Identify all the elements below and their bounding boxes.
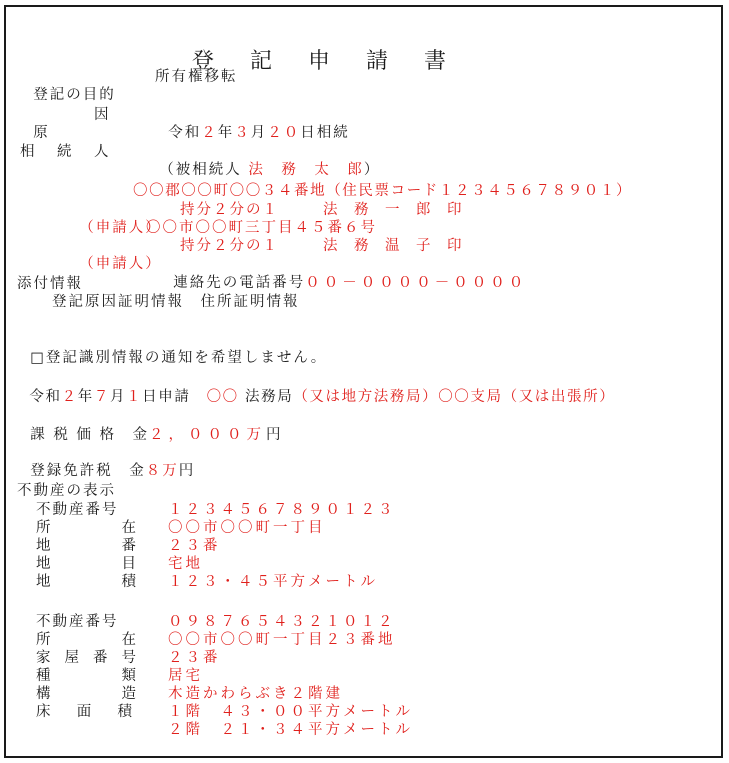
label-char: 番: [93, 649, 108, 667]
tax-base-amount: ２，０００万: [149, 427, 266, 443]
tax-base-prefix: 金: [133, 427, 150, 443]
applicant-2-name: 法 務 温 子 印: [323, 237, 463, 255]
label-char: 在: [122, 519, 137, 537]
land-label: 地積: [36, 573, 136, 591]
application-part: （又は地方法務局）〇〇支局（又は出張所）: [293, 389, 615, 405]
registration-tax-label: 登録免許税: [30, 463, 113, 479]
cause-label-char-2: 因: [94, 106, 111, 124]
title-char: 請: [366, 46, 424, 78]
land-row-area: 地積 １２３・４５平方メートル: [36, 573, 45, 591]
tax-base-label: 課 税 価 格: [30, 427, 116, 443]
application-part: ７: [94, 389, 110, 405]
label-char: 番: [122, 537, 137, 555]
applicant-2-address: 〇〇市〇〇町三丁目４５番６号: [146, 219, 377, 237]
cause-part: ２: [201, 125, 218, 141]
application-part: ２: [62, 389, 78, 405]
tax-base-row: 課 税 価 格 金２，０００万円: [17, 408, 283, 444]
cause-part: 日相続: [300, 125, 350, 141]
contact-phone: ００－００００－００００: [305, 275, 527, 291]
checkbox-icon[interactable]: □: [30, 350, 46, 366]
applicant-2-role: （申請人）: [79, 256, 162, 272]
label-char: 積: [122, 573, 137, 591]
label-char: 地: [36, 555, 51, 573]
land-value: ２３番: [168, 537, 221, 555]
building-row-location: 所在 〇〇市〇〇町一丁目２３番地: [36, 631, 45, 649]
application-part: 日申請: [142, 389, 206, 405]
land-label: 地目: [36, 555, 136, 573]
applicant-1-address: 〇〇郡〇〇町〇〇３４番地（住民票コード１２３４５６７８９０１）: [133, 182, 632, 200]
label-char: 屋: [65, 649, 80, 667]
label-char: 類: [122, 667, 137, 685]
cause-part: ３: [234, 125, 251, 141]
land-value: １２３・４５平方メートル: [168, 573, 378, 591]
applicant-1-name: 法 務 一 郎 印: [323, 201, 463, 219]
decedent-suffix: ）: [364, 162, 381, 178]
building-label: 不動産番号: [36, 613, 136, 631]
heir-label-char: 続: [57, 143, 74, 161]
contact-row: 連絡先の電話番号００－００００－００００: [160, 256, 527, 292]
label-char: 構: [36, 685, 51, 703]
title-char: 申: [308, 46, 366, 78]
contact-label: 連絡先の電話番号: [173, 275, 305, 291]
label-char: 所: [36, 631, 51, 649]
label-char: 所: [36, 519, 51, 537]
building-value: 木造かわらぶき２階建: [168, 685, 343, 703]
building-row-property-number: 不動産番号 ０９８７６５４３２１０１２: [36, 613, 45, 631]
registration-tax-suffix: 円: [179, 463, 196, 479]
label-char: 面: [77, 703, 92, 721]
attachments-label: 添付情報: [17, 275, 83, 293]
label-text: 不動産番号: [36, 501, 119, 519]
registration-tax-row: 登録免許税 金８万円: [17, 444, 195, 480]
building-value: 〇〇市〇〇町一丁目２３番地: [168, 631, 396, 649]
registration-tax-prefix: 金: [129, 463, 146, 479]
applicant-2-share: 持分２分の１: [180, 237, 279, 255]
land-label: 所在: [36, 519, 136, 537]
cause-part: 月: [251, 125, 268, 141]
building-value: 居宅: [168, 667, 203, 685]
building-row-house-number: 家屋番号 ２３番: [36, 649, 45, 667]
label-char: 号: [122, 649, 137, 667]
land-row-location: 所在 〇〇市〇〇町一丁目: [36, 519, 45, 537]
application-part: 月: [110, 389, 126, 405]
label-char: 地: [36, 573, 51, 591]
cause-part: 令和: [168, 125, 201, 141]
notice-option-text: 登記識別情報の通知を希望しません。: [46, 350, 327, 366]
label-char: 種: [36, 667, 51, 685]
land-label: 不動産番号: [36, 501, 136, 519]
building-row-floor-area: 床面積 １階 ４３・００平方メートル: [36, 703, 45, 721]
label-text: 不動産番号: [36, 613, 119, 631]
cause-part: ２０: [267, 125, 300, 141]
cause-value: 令和２年３月２０日相続: [155, 106, 350, 142]
land-row-property-number: 不動産番号 １２３４５６７８９０１２３: [36, 501, 45, 519]
land-value: 宅地: [168, 555, 203, 573]
title-char: 書: [424, 46, 482, 78]
application-part: 令和: [29, 389, 61, 405]
land-value: 〇〇市〇〇町一丁目: [168, 519, 326, 537]
decedent-name: 法 務 太 郎: [248, 162, 364, 178]
application-part: １: [126, 389, 142, 405]
purpose-label: 登記の目的: [33, 87, 116, 103]
building-row-floor-area-2: ２階 ２１・３４平方メートル: [36, 721, 45, 739]
registration-tax-amount: ８万: [146, 463, 179, 479]
label-char: 造: [122, 685, 137, 703]
land-row-lot-number: 地番 ２３番: [36, 537, 45, 555]
applicant-2-line: （申請人）: [66, 237, 162, 273]
label-char: 積: [118, 703, 133, 721]
heir-label-char: 人: [94, 143, 111, 161]
label-char: 目: [122, 555, 137, 573]
application-part: 年: [78, 389, 94, 405]
heir-value: （被相続人 法 務 太 郎）: [146, 143, 380, 179]
attachments-value: 登記原因証明情報 住所証明情報: [52, 293, 300, 311]
notice-option[interactable]: □登記識別情報の通知を希望しません。: [17, 331, 327, 367]
building-value: ２階 ２１・３４平方メートル: [168, 721, 413, 739]
land-row-category: 地目 宅地: [36, 555, 45, 573]
application-part: 法務局: [245, 389, 293, 405]
label-char: 在: [122, 631, 137, 649]
title-char: 記: [250, 46, 308, 78]
label-char: 地: [36, 537, 51, 555]
land-value: １２３４５６７８９０１２３: [168, 501, 396, 519]
heir-label-char: 相: [20, 143, 37, 161]
applicant-1-share: 持分２分の１: [180, 201, 279, 219]
application-part: 〇〇: [207, 389, 245, 405]
building-label: 所在: [36, 631, 136, 649]
land-label: 地番: [36, 537, 136, 555]
building-row-structure: 構造 木造かわらぶき２階建: [36, 685, 45, 703]
label-char: 床: [36, 703, 51, 721]
tax-base-suffix: 円: [266, 427, 283, 443]
building-value: ２３番: [168, 649, 221, 667]
decedent-prefix: （被相続人: [159, 162, 242, 178]
purpose-row: 登記の目的: [20, 68, 116, 104]
building-label: 種類: [36, 667, 136, 685]
cause-label: 原: [20, 106, 50, 142]
property-heading: 不動産の表示: [17, 482, 116, 500]
building-value: ０９８７６５４３２１０１２: [168, 613, 396, 631]
cause-label-char: 原: [33, 125, 50, 141]
purpose-value: 所有権移転: [155, 68, 238, 86]
building-label: 床面積: [36, 703, 132, 721]
cause-part: 年: [218, 125, 235, 141]
building-label: 家屋番号: [36, 649, 136, 667]
building-value: １階 ４３・００平方メートル: [168, 703, 413, 721]
building-row-type: 種類 居宅: [36, 667, 45, 685]
building-label: 構造: [36, 685, 136, 703]
application-row: 令和２年７月１日申請 〇〇 法務局（又は地方法務局）〇〇支局（又は出張所）: [17, 370, 615, 406]
label-char: 家: [36, 649, 51, 667]
